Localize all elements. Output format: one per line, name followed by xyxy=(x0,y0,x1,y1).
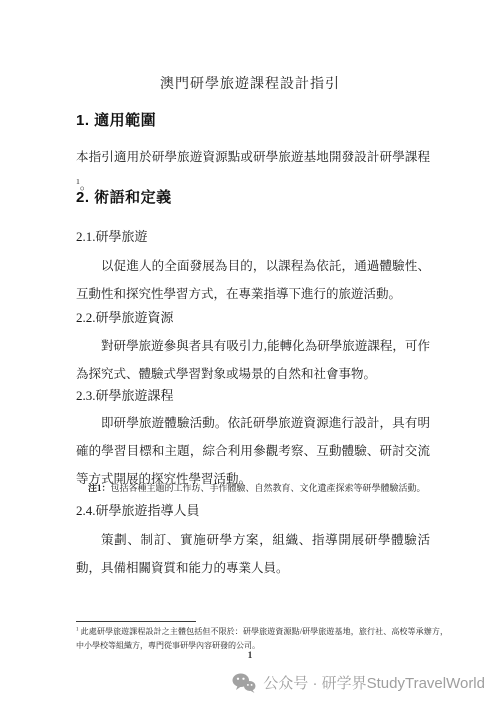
note-label: 注1： xyxy=(88,483,111,493)
footnote-marker: 1 xyxy=(76,627,78,632)
document-title: 澳門研學旅遊課程設計指引 xyxy=(0,73,500,93)
subsection-2-1-label: 2.1.研學旅遊 xyxy=(76,227,148,247)
section1-heading: 1. 適用範圍 xyxy=(76,109,156,130)
subsection-2-3-note: 注1：包括各種主題的工作坊、手作體驗、自然教育、文化遺產探索等研學體驗活動。 xyxy=(88,481,488,495)
note-text: 包括各種主題的工作坊、手作體驗、自然教育、文化遺產探索等研學體驗活動。 xyxy=(111,483,426,493)
watermark: 公众号 · 研学界StudyTravelWorld xyxy=(232,672,485,693)
subsection-2-2-label: 2.2.研學旅遊資源 xyxy=(76,308,174,328)
footnote-body: 此處研學旅遊課程設計之主體包括但不限於：研學旅遊資源點/研學旅遊基地，旅行社、高… xyxy=(76,627,448,650)
wechat-icon xyxy=(232,673,256,693)
subsection-2-4-paragraph: 策劃、制訂、實施研學方案，組織、指導開展研學體驗活動，具備相關資質和能力的專業人… xyxy=(76,526,430,582)
section1-paragraph-text: 本指引適用於研學旅遊資源點或研學旅遊基地開發設計研學課程 xyxy=(76,150,430,164)
subsection-2-1-paragraph: 以促進人的全面發展為目的，以課程為依託，通過體驗性、互動性和探究性學習方式，在專… xyxy=(76,252,430,308)
page-number: 1 xyxy=(0,651,500,661)
watermark-text: 公众号 · 研学界StudyTravelWorld xyxy=(263,672,485,693)
section2-heading: 2. 術語和定義 xyxy=(76,186,172,207)
subsection-2-4-label: 2.4.研學旅遊指導人員 xyxy=(76,501,200,521)
subsection-2-2-paragraph: 對研學旅遊參與者具有吸引力,能轉化為研學旅遊課程，可作為探究式、體驗式學習對象或… xyxy=(76,332,430,388)
footnote: 1 此處研學旅遊課程設計之主體包括但不限於：研學旅遊資源點/研學旅遊基地，旅行社… xyxy=(76,625,448,653)
footnote-separator xyxy=(76,621,196,622)
document-page: 澳門研學旅遊課程設計指引 1. 適用範圍 本指引適用於研學旅遊資源點或研學旅遊基… xyxy=(0,0,500,706)
subsection-2-3-label: 2.3.研學旅遊課程 xyxy=(76,386,174,406)
